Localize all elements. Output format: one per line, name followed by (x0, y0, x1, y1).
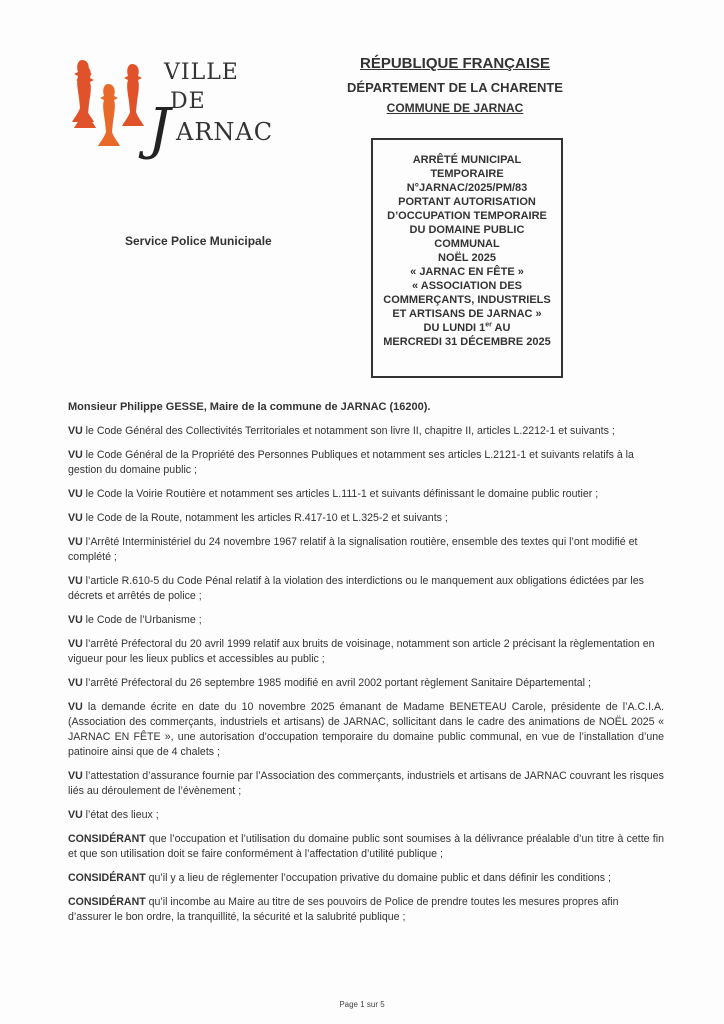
title-line: COMMUNAL (373, 237, 561, 251)
recital-text: l’état des lieux ; (83, 809, 159, 821)
decree-number: N°JARNAC/2025/PM/83 (373, 181, 561, 195)
recital-text: le Code de la Route, notamment les artic… (83, 512, 448, 524)
logo-j-initial: J (148, 102, 170, 158)
recital-lead: VU (68, 701, 83, 713)
recital-vu: VU l’Arrêté Interministériel du 24 novem… (68, 535, 664, 565)
title-line: DU DOMAINE PUBLIC (373, 223, 561, 237)
recital-lead: VU (68, 425, 83, 437)
service-label: Service Police Municipale (125, 234, 272, 248)
page-number: Page 1 sur 5 (0, 1000, 724, 1009)
recital-lead: VU (68, 449, 83, 461)
recital-text: la demande écrite en date du 10 novembre… (68, 701, 664, 758)
recital-lead: VU (68, 638, 83, 650)
recital-vu: VU l’arrêté Préfectoral du 20 avril 1999… (68, 637, 664, 667)
recital-text: le Code Général de la Propriété des Pers… (68, 449, 634, 476)
logo-ville: VILLE (164, 60, 239, 85)
title-line: D’OCCUPATION TEMPORAIRE (373, 209, 561, 223)
recital-vu: VU le Code de la Route, notamment les ar… (68, 511, 664, 526)
document-page: VILLE DE J ARNAC RÉPUBLIQUE FRANÇAISE DÉ… (0, 0, 724, 1024)
mayor-intro: Monsieur Philippe GESSE, Maire de la com… (68, 400, 664, 415)
republic-heading: RÉPUBLIQUE FRANÇAISE (330, 55, 580, 72)
recital-considerant: CONSIDÉRANT qu’il y a lieu de réglemente… (68, 871, 664, 886)
department-heading: DÉPARTEMENT DE LA CHARENTE (330, 80, 580, 95)
date-range-end: MERCREDI 31 DÉCEMBRE 2025 (373, 335, 561, 349)
title-line: ET ARTISANS DE JARNAC » (373, 307, 561, 321)
recital-text: qu’il y a lieu de réglementer l’occupati… (146, 872, 611, 884)
recital-vu: VU la demande écrite en date du 10 novem… (68, 700, 664, 760)
date-range-start: DU LUNDI 1er AU (373, 321, 561, 335)
recital-text: l’Arrêté Interministériel du 24 novembre… (68, 536, 637, 563)
recital-vu: VU le Code Général de la Propriété des P… (68, 448, 664, 478)
title-line: TEMPORAIRE (373, 167, 561, 181)
recital-lead: VU (68, 809, 83, 821)
decree-title-box: ARRÊTÉ MUNICIPAL TEMPORAIRE N°JARNAC/202… (371, 138, 563, 378)
recital-text: que l’occupation et l’utilisation du dom… (68, 833, 664, 860)
logo-de: DE (170, 89, 206, 114)
recitals-list: VU le Code Général des Collectivités Ter… (68, 424, 664, 925)
recital-lead: CONSIDÉRANT (68, 872, 146, 884)
recital-vu: VU l’attestation d’assurance fournie par… (68, 769, 664, 799)
title-line: « ASSOCIATION DES (373, 279, 561, 293)
commune-heading: COMMUNE DE JARNAC (330, 101, 580, 115)
recital-lead: VU (68, 575, 83, 587)
recital-lead: VU (68, 614, 83, 626)
decree-body: Monsieur Philippe GESSE, Maire de la com… (68, 400, 664, 934)
recital-text: le Code Général des Collectivités Territ… (83, 425, 615, 437)
recital-lead: VU (68, 677, 83, 689)
recital-text: l’article R.610-5 du Code Pénal relatif … (68, 575, 644, 602)
title-line: NOËL 2025 (373, 251, 561, 265)
recital-considerant: CONSIDÉRANT que l’occupation et l’utilis… (68, 832, 664, 862)
title-line: « JARNAC EN FÊTE » (373, 265, 561, 279)
recital-lead: CONSIDÉRANT (68, 896, 146, 908)
recital-vu: VU le Code de l’Urbanisme ; (68, 613, 664, 628)
city-logo: VILLE DE J ARNAC (72, 58, 272, 158)
recital-lead: VU (68, 770, 83, 782)
title-line: COMMERÇANTS, INDUSTRIELS (373, 293, 561, 307)
title-line: ARRÊTÉ MUNICIPAL (373, 153, 561, 167)
recital-text: l’attestation d’assurance fournie par l’… (68, 770, 664, 797)
recital-text: le Code la Voirie Routière et notamment … (83, 488, 598, 500)
three-fish-emblem-icon (72, 58, 152, 158)
recital-text: le Code de l’Urbanisme ; (83, 614, 202, 626)
recital-lead: VU (68, 536, 83, 548)
recital-vu: VU le Code Général des Collectivités Ter… (68, 424, 664, 439)
recital-lead: CONSIDÉRANT (68, 833, 146, 845)
recital-lead: VU (68, 512, 83, 524)
recital-considerant: CONSIDÉRANT qu’il incombe au Maire au ti… (68, 895, 664, 925)
logo-jarnac: ARNAC (176, 118, 273, 146)
recital-vu: VU l’état des lieux ; (68, 808, 664, 823)
recital-vu: VU l’article R.610-5 du Code Pénal relat… (68, 574, 664, 604)
recital-text: l’arrêté Préfectoral du 20 avril 1999 re… (68, 638, 655, 665)
title-line: PORTANT AUTORISATION (373, 195, 561, 209)
recital-vu: VU le Code la Voirie Routière et notamme… (68, 487, 664, 502)
recital-lead: VU (68, 488, 83, 500)
recital-vu: VU l’arrêté Préfectoral du 26 septembre … (68, 676, 664, 691)
recital-text: l’arrêté Préfectoral du 26 septembre 198… (83, 677, 591, 689)
recital-text: qu’il incombe au Maire au titre de ses p… (68, 896, 619, 923)
